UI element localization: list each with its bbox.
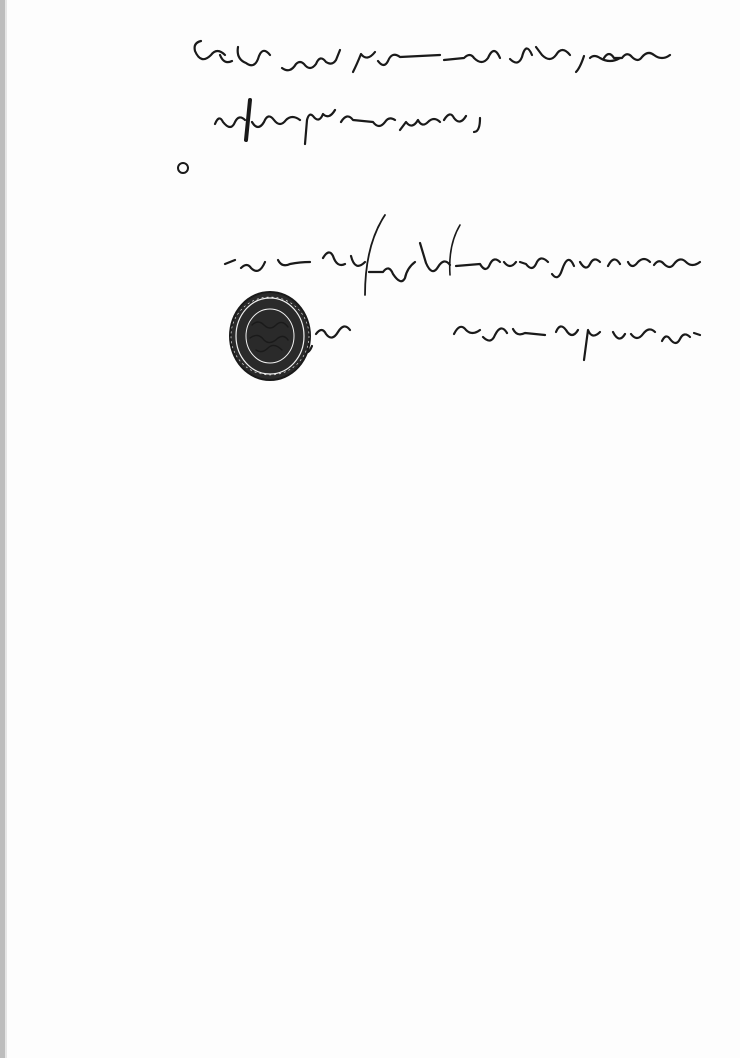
- handwriting-layer: [0, 0, 740, 1058]
- round-seal: [230, 292, 310, 380]
- octagonal-seal-large-label: Octagonal seal with Arabic inscription: [0, 0, 19, 1]
- section-1-handwriting: [195, 41, 670, 144]
- ink-mark: [178, 163, 188, 173]
